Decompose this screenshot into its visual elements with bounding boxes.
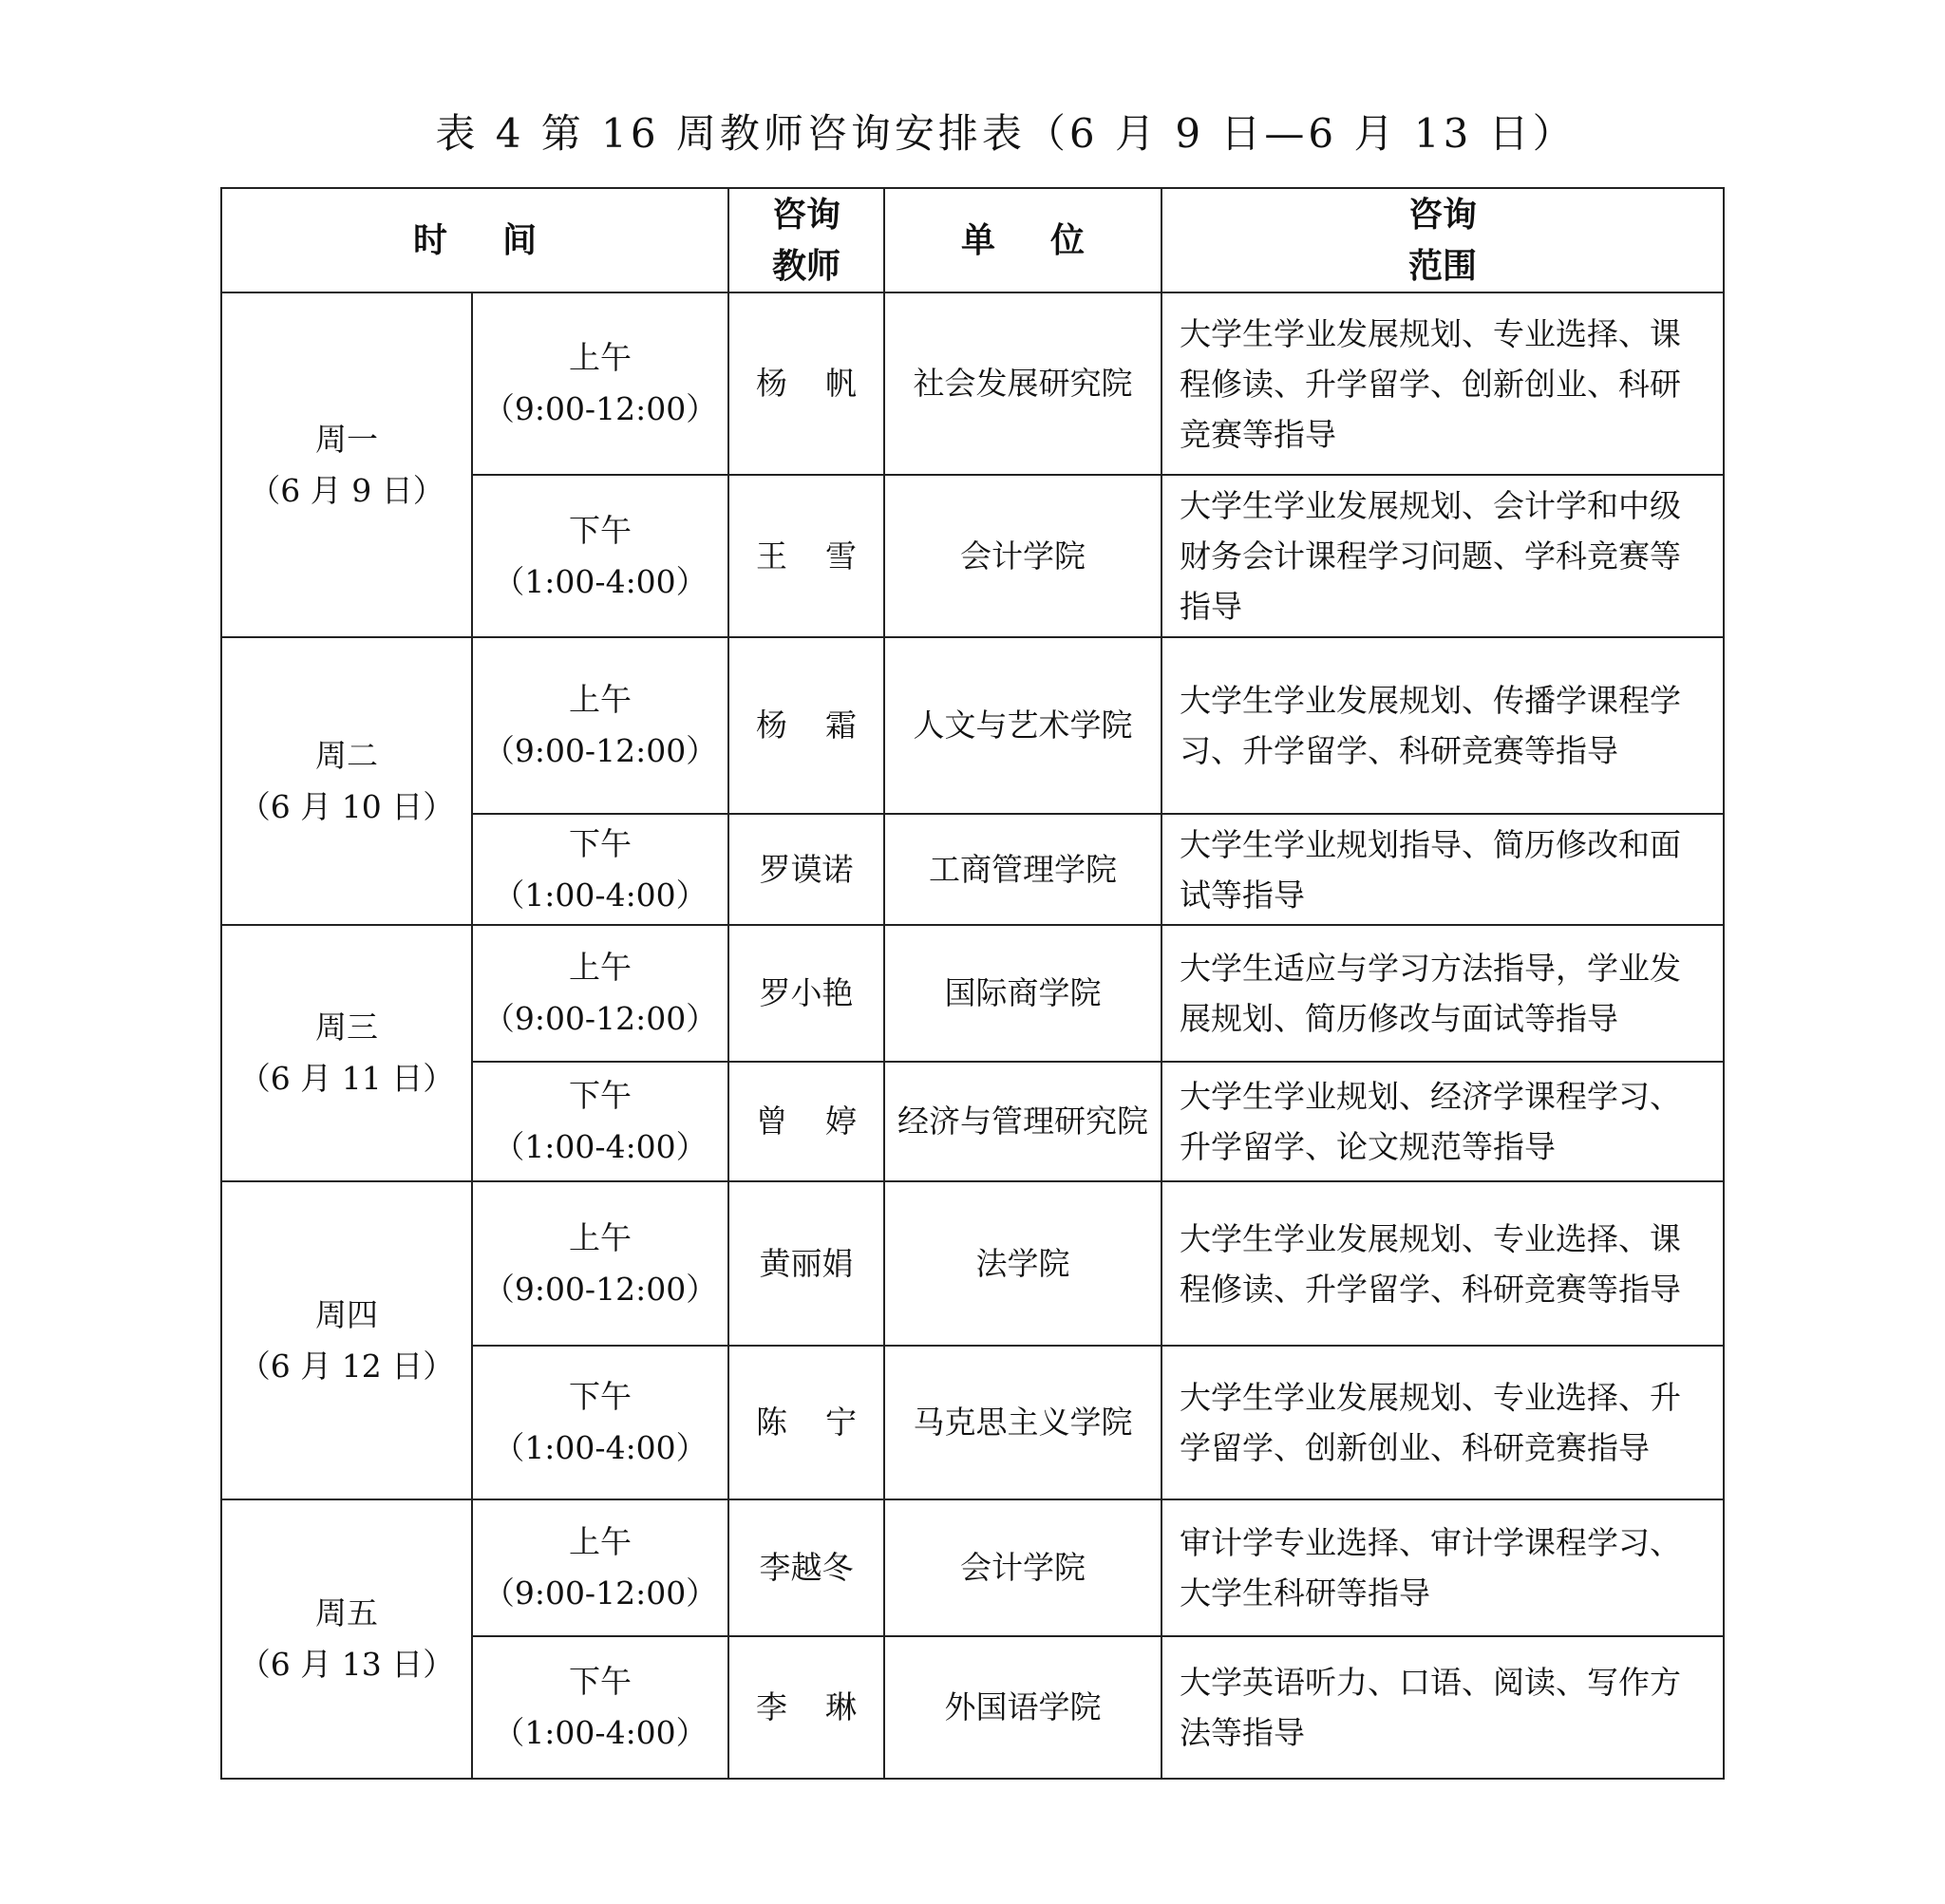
day-cell: 周四 （6 月 12 日） [221,1181,472,1499]
time-cell: 下午 （1:00-4:00） [472,1636,728,1779]
unit-cell: 国际商学院 [884,925,1161,1062]
time-cell: 下午 （1:00-4:00） [472,814,728,925]
teacher-cell: 罗谟诺 [728,814,884,925]
table-row: 周五 （6 月 13 日） 上午 （9:00-12:00） 李越冬 会计学院 审… [221,1499,1724,1636]
unit-cell: 马克思主义学院 [884,1346,1161,1499]
time-cell: 上午 （9:00-12:00） [472,925,728,1062]
time-cell: 上午 （9:00-12:00） [472,1181,728,1346]
day-cell: 周三 （6 月 11 日） [221,925,472,1181]
unit-cell: 会计学院 [884,1499,1161,1636]
scope-cell: 大学生学业发展规划、专业选择、升学留学、创新创业、科研竞赛指导 [1161,1346,1724,1499]
header-time: 时间 [221,188,728,292]
teacher-cell: 王雪 [728,475,884,637]
header-row: 时间 咨询 教师 单位 咨询 范围 [221,188,1724,292]
time-cell: 下午 （1:00-4:00） [472,1062,728,1181]
table-row: 周三 （6 月 11 日） 上午 （9:00-12:00） 罗小艳 国际商学院 … [221,925,1724,1062]
teacher-cell: 杨霜 [728,637,884,814]
teacher-cell: 黄丽娟 [728,1181,884,1346]
scope-cell: 大学生适应与学习方法指导，学业发展规划、简历修改与面试等指导 [1161,925,1724,1062]
unit-cell: 外国语学院 [884,1636,1161,1779]
scope-cell: 大学生学业规划、经济学课程学习、升学留学、论文规范等指导 [1161,1062,1724,1181]
unit-cell: 法学院 [884,1181,1161,1346]
unit-cell: 会计学院 [884,475,1161,637]
teacher-cell: 陈宁 [728,1346,884,1499]
scope-cell: 大学生学业发展规划、传播学课程学习、升学留学、科研竞赛等指导 [1161,637,1724,814]
day-cell: 周五 （6 月 13 日） [221,1499,472,1779]
time-cell: 上午 （9:00-12:00） [472,292,728,475]
consultation-schedule-table: 时间 咨询 教师 单位 咨询 范围 周一 （6 月 9 日） 上午 （9:00-… [220,187,1725,1780]
scope-cell: 大学生学业发展规划、专业选择、课程修读、升学留学、科研竞赛等指导 [1161,1181,1724,1346]
unit-cell: 社会发展研究院 [884,292,1161,475]
time-cell: 下午 （1:00-4:00） [472,475,728,637]
teacher-cell: 罗小艳 [728,925,884,1062]
time-cell: 上午 （9:00-12:00） [472,1499,728,1636]
teacher-cell: 曾婷 [728,1062,884,1181]
time-cell: 上午 （9:00-12:00） [472,637,728,814]
table-title: 表 4 第 16 周教师咨询安排表（6 月 9 日—6 月 13 日） [0,103,1945,160]
table-row: 周四 （6 月 12 日） 上午 （9:00-12:00） 黄丽娟 法学院 大学… [221,1181,1724,1346]
table-row: 周二 （6 月 10 日） 上午 （9:00-12:00） 杨霜 人文与艺术学院… [221,637,1724,814]
teacher-cell: 李越冬 [728,1499,884,1636]
header-scope: 咨询 范围 [1161,188,1724,292]
header-unit: 单位 [884,188,1161,292]
scope-cell: 大学生学业发展规划、专业选择、课程修读、升学留学、创新创业、科研竞赛等指导 [1161,292,1724,475]
header-teacher: 咨询 教师 [728,188,884,292]
unit-cell: 工商管理学院 [884,814,1161,925]
day-cell: 周一 （6 月 9 日） [221,292,472,637]
day-cell: 周二 （6 月 10 日） [221,637,472,925]
scope-cell: 大学生学业规划指导、简历修改和面试等指导 [1161,814,1724,925]
scope-cell: 大学英语听力、口语、阅读、写作方法等指导 [1161,1636,1724,1779]
time-cell: 下午 （1:00-4:00） [472,1346,728,1499]
scope-cell: 审计学专业选择、审计学课程学习、大学生科研等指导 [1161,1499,1724,1636]
unit-cell: 经济与管理研究院 [884,1062,1161,1181]
teacher-cell: 李琳 [728,1636,884,1779]
unit-cell: 人文与艺术学院 [884,637,1161,814]
table-row: 周一 （6 月 9 日） 上午 （9:00-12:00） 杨帆 社会发展研究院 … [221,292,1724,475]
teacher-cell: 杨帆 [728,292,884,475]
scope-cell: 大学生学业发展规划、会计学和中级财务会计课程学习问题、学科竞赛等指导 [1161,475,1724,637]
